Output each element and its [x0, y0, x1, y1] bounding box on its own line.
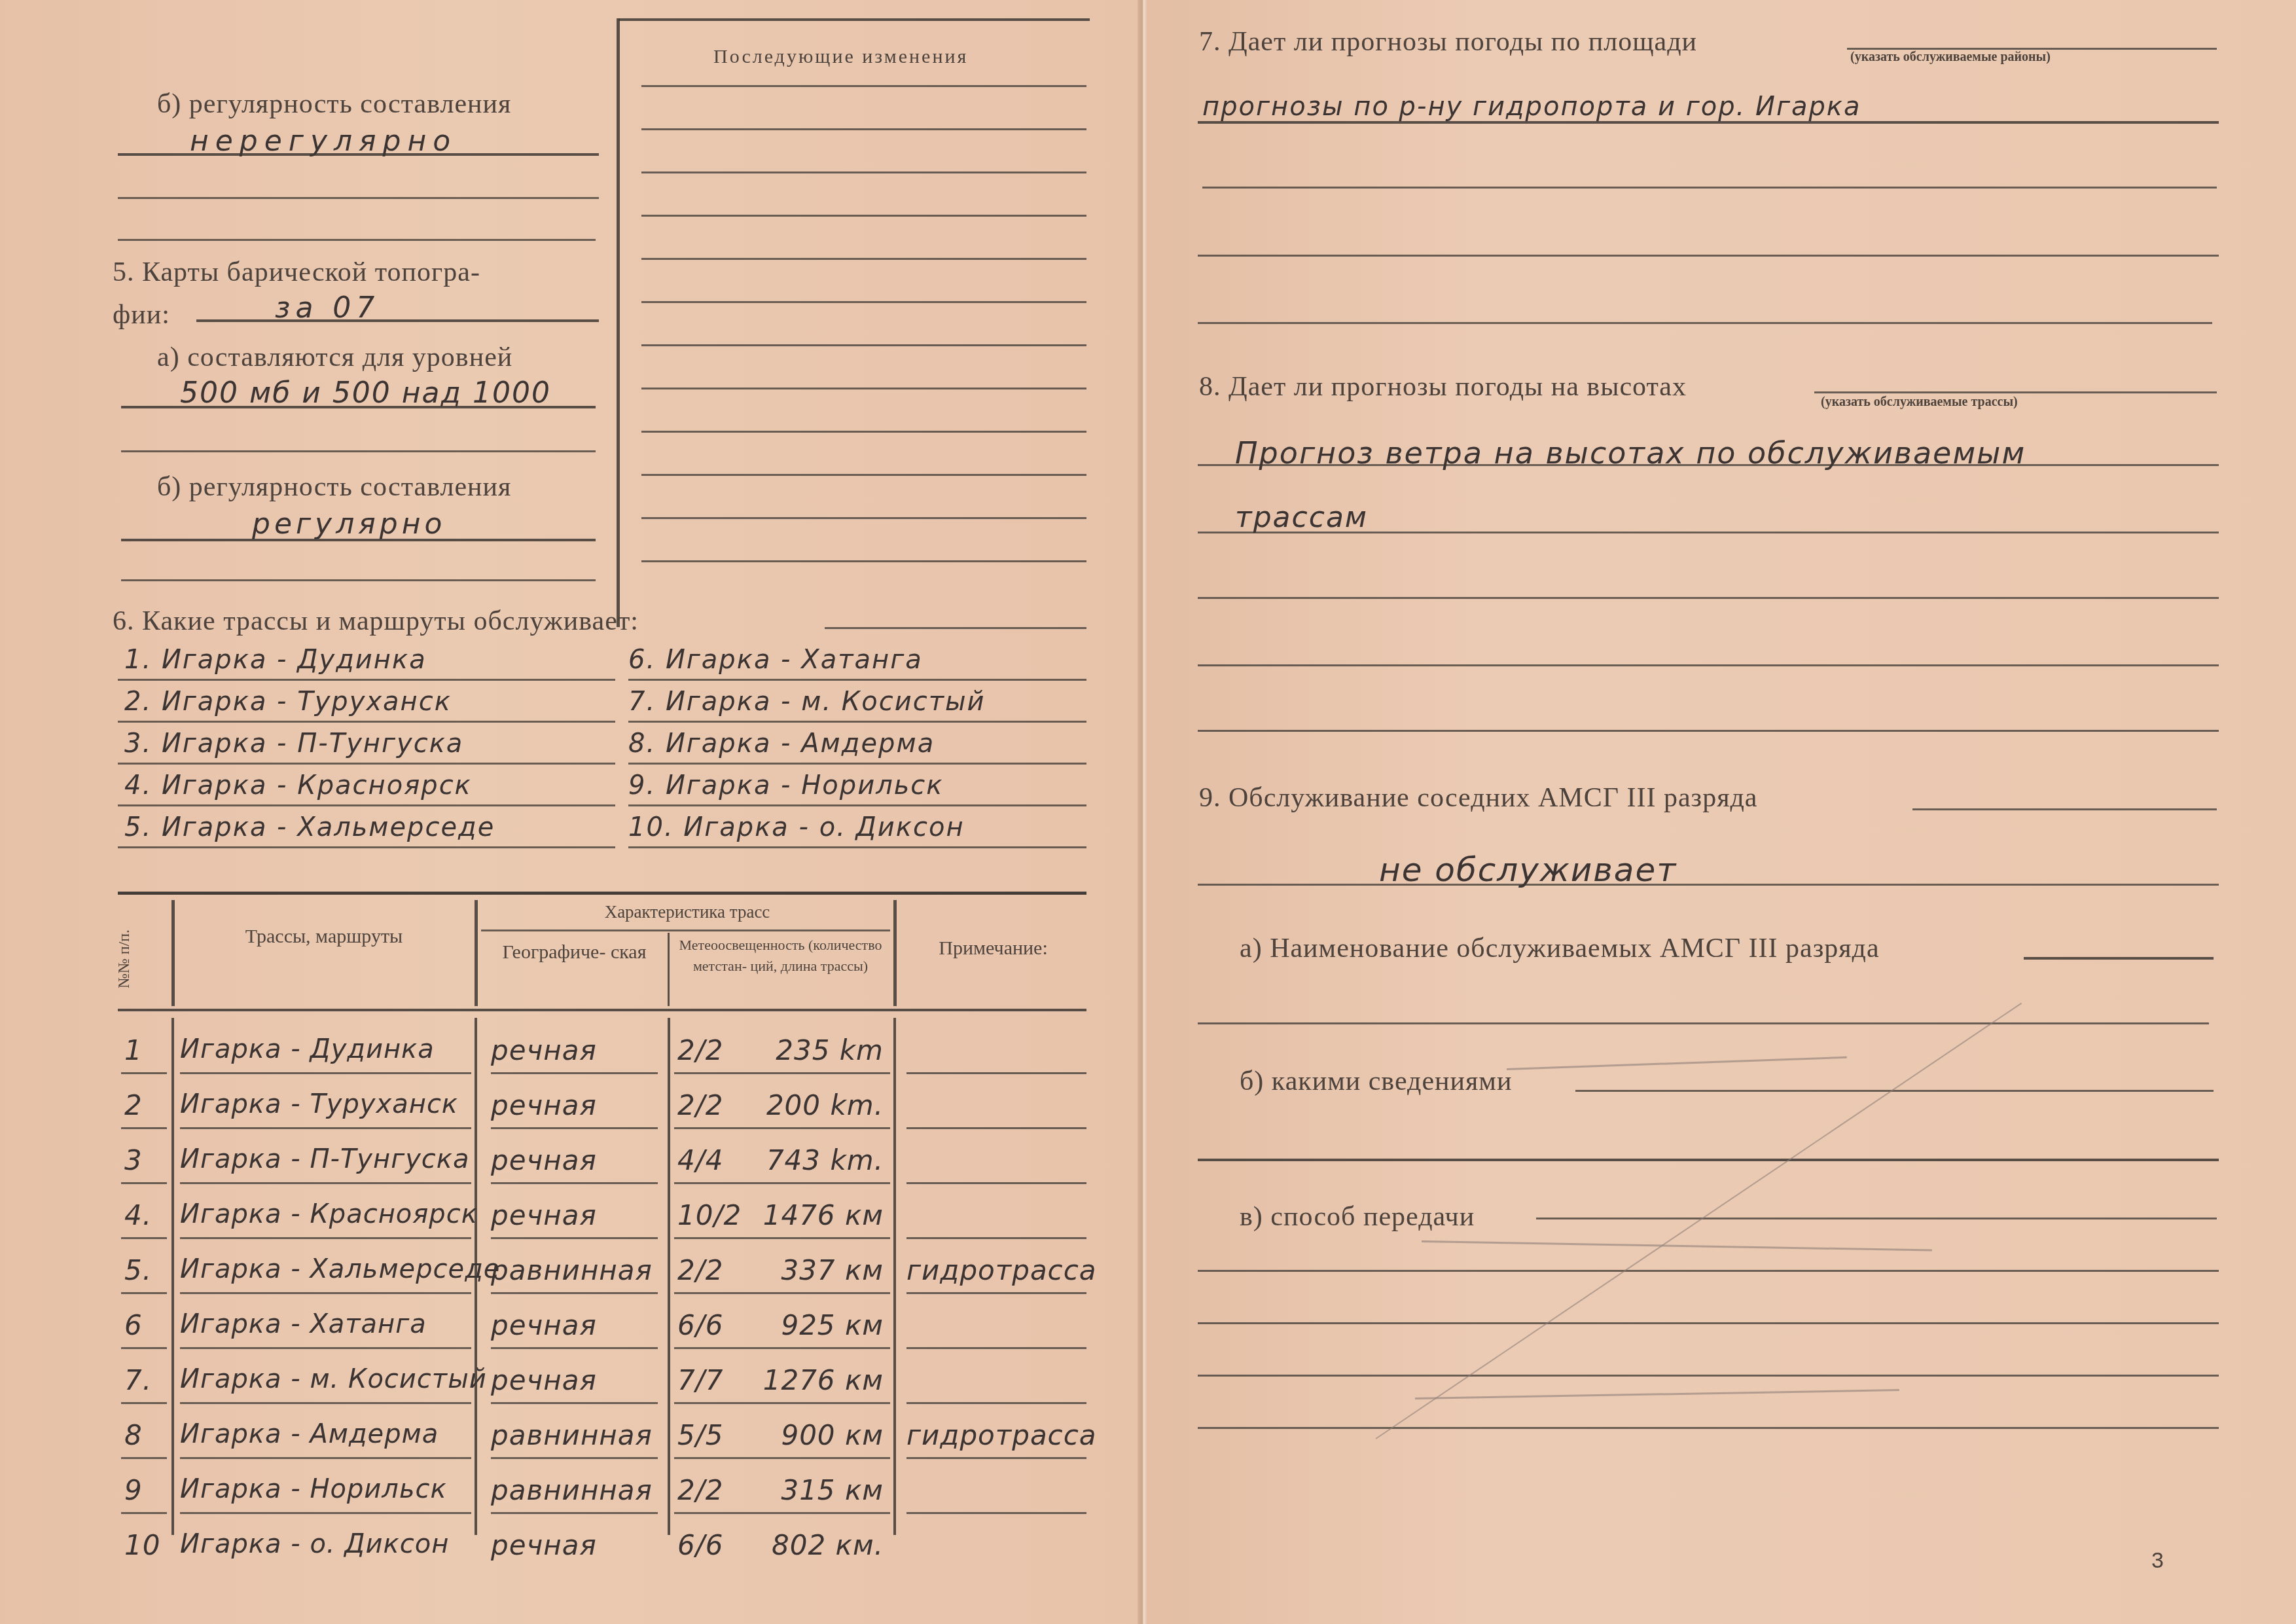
cell-geo[interactable]: речная	[491, 1144, 597, 1176]
section5-title-cont: фии:	[113, 299, 170, 331]
cell-stations[interactable]: 4/4	[677, 1144, 724, 1176]
route-list-item[interactable]: 8. Игарка - Амдерма	[628, 729, 935, 759]
route-list-item[interactable]: 2. Игарка - Туруханск	[124, 687, 452, 717]
changes-box-title: Последующие изменения	[713, 46, 968, 68]
header-meteo: Метеоосвещенность (количество метстан- ц…	[671, 935, 890, 977]
cell-num[interactable]: 9	[124, 1474, 143, 1506]
pencil-strike-mid	[1422, 1240, 1932, 1252]
cell-num[interactable]: 7.	[124, 1364, 152, 1396]
route-list-item[interactable]: 6. Игарка - Хатанга	[628, 645, 923, 675]
cell-geo[interactable]: равнинная	[491, 1474, 653, 1506]
cell-num[interactable]: 1	[124, 1034, 143, 1066]
section9b-label: б) какими сведениями	[1240, 1066, 1512, 1097]
cell-geo[interactable]: речная	[491, 1034, 597, 1066]
cell-route[interactable]: Игарка - П-Тунгуска	[180, 1144, 470, 1174]
cell-stations[interactable]: 10/2	[677, 1199, 742, 1231]
pencil-strike-top	[1507, 1056, 1847, 1070]
cell-length[interactable]: 315 км	[753, 1474, 884, 1506]
cell-route[interactable]: Игарка - Туруханск	[180, 1089, 458, 1119]
section5b-label: б) регулярность составления	[157, 471, 511, 503]
section7-label: 7. Дает ли прогнозы погоды по площади	[1199, 26, 1697, 58]
cell-num[interactable]: 5.	[124, 1254, 152, 1286]
cell-length[interactable]: 802 км.	[753, 1529, 884, 1561]
cell-route[interactable]: Игарка - Дудинка	[180, 1034, 435, 1064]
changes-line[interactable]	[641, 301, 1086, 303]
section9a-label: а) Наименование обслуживаемых АМСГ III р…	[1240, 933, 1880, 964]
page-number: 3	[2151, 1548, 2164, 1574]
section5-title: 5. Карты барической топогра-	[113, 257, 480, 288]
cell-num[interactable]: 3	[124, 1144, 143, 1176]
header-note: Примечание:	[900, 937, 1086, 960]
cell-length[interactable]: 1476 км	[753, 1199, 884, 1231]
changes-line[interactable]	[641, 344, 1086, 346]
section5a-label: а) составляются для уровней	[157, 342, 512, 373]
cell-geo[interactable]: речная	[491, 1364, 597, 1396]
section5b-value[interactable]: регулярно	[252, 507, 446, 541]
cell-stations[interactable]: 5/5	[677, 1419, 724, 1451]
section9c-label: в) способ передачи	[1240, 1201, 1475, 1233]
cell-num[interactable]: 2	[124, 1089, 143, 1121]
changes-line[interactable]	[641, 431, 1086, 433]
changes-line[interactable]	[641, 388, 1086, 389]
cell-length[interactable]: 925 км	[753, 1309, 884, 1341]
cell-route[interactable]: Игарка - Красноярск	[180, 1199, 478, 1229]
changes-line[interactable]	[641, 215, 1086, 217]
section8-hint: (указать обслуживаемые трассы)	[1821, 395, 2018, 410]
changes-line[interactable]	[641, 258, 1086, 260]
section8-label: 8. Дает ли прогнозы погоды на высотах	[1199, 371, 1687, 403]
changes-line[interactable]	[641, 517, 1086, 519]
section8-value-cont[interactable]: трассам	[1235, 501, 1368, 534]
route-list-item[interactable]: 5. Игарка - Хальмерседе	[124, 812, 495, 842]
changes-line[interactable]	[641, 560, 1086, 562]
changes-line[interactable]	[641, 171, 1086, 173]
cell-route[interactable]: Игарка - Хатанга	[180, 1309, 427, 1339]
cell-length[interactable]: 337 км	[753, 1254, 884, 1286]
changes-line[interactable]	[641, 474, 1086, 476]
cell-stations[interactable]: 6/6	[677, 1309, 724, 1341]
cell-note[interactable]: гидротрасса	[906, 1419, 1097, 1451]
header-geographic: Географиче- ская	[481, 939, 668, 965]
cell-length[interactable]: 200 km.	[753, 1089, 884, 1121]
cell-geo[interactable]: речная	[491, 1309, 597, 1341]
header-num: №№ п/п.	[115, 910, 134, 1008]
section7-value[interactable]: прогнозы по р-ну гидропорта и гор. Игарк…	[1202, 92, 1861, 122]
cell-route[interactable]: Игарка - м. Косистый	[180, 1364, 487, 1394]
changes-line[interactable]	[641, 85, 1086, 87]
cell-geo[interactable]: равнинная	[491, 1254, 653, 1286]
route-list-item[interactable]: 7. Игарка - м. Косистый	[628, 687, 986, 717]
route-list-item[interactable]: 9. Игарка - Норильск	[628, 770, 943, 801]
route-list-item[interactable]: 10. Игарка - о. Диксон	[628, 812, 965, 842]
route-list-item[interactable]: 1. Игарка - Дудинка	[124, 645, 427, 675]
pencil-strike-bottom	[1415, 1389, 1899, 1399]
cell-num[interactable]: 8	[124, 1419, 143, 1451]
cell-num[interactable]: 10	[124, 1529, 160, 1561]
cell-stations[interactable]: 2/2	[677, 1254, 724, 1286]
cell-stations[interactable]: 7/7	[677, 1364, 724, 1396]
header-characteristics: Характеристика трасс	[484, 902, 890, 922]
left-page: б) регулярность составления нерегулярно …	[0, 0, 1139, 1624]
cell-num[interactable]: 4.	[124, 1199, 152, 1231]
cell-length[interactable]: 235 km	[753, 1034, 884, 1066]
section6-title: 6. Какие трассы и маршруты обслуживает:	[113, 605, 639, 637]
cell-stations[interactable]: 2/2	[677, 1034, 724, 1066]
cell-stations[interactable]: 6/6	[677, 1529, 724, 1561]
cell-length[interactable]: 743 km.	[753, 1144, 884, 1176]
cell-route[interactable]: Игарка - Амдерма	[180, 1419, 439, 1449]
cell-note[interactable]: гидротрасса	[906, 1254, 1097, 1286]
section7-hint: (указать обслуживаемые районы)	[1850, 50, 2051, 65]
cell-length[interactable]: 900 км	[753, 1419, 884, 1451]
cell-geo[interactable]: речная	[491, 1089, 597, 1121]
section5a-value[interactable]: 500 мб и 500 над 1000	[180, 376, 551, 410]
header-routes: Трассы, маршруты	[216, 920, 432, 954]
cell-stations[interactable]: 2/2	[677, 1089, 724, 1121]
cell-geo[interactable]: речная	[491, 1199, 597, 1231]
cell-geo[interactable]: речная	[491, 1529, 597, 1561]
cell-geo[interactable]: равнинная	[491, 1419, 653, 1451]
cell-length[interactable]: 1276 км	[753, 1364, 884, 1396]
cell-stations[interactable]: 2/2	[677, 1474, 724, 1506]
changes-line[interactable]	[641, 128, 1086, 130]
cell-route[interactable]: Игарка - о. Диксон	[180, 1529, 449, 1559]
route-list-item[interactable]: 4. Игарка - Красноярск	[124, 770, 472, 801]
section4b-label: б) регулярность составления	[157, 88, 511, 120]
section9-label: 9. Обслуживание соседних АМСГ III разряд…	[1199, 782, 1758, 814]
right-page: 7. Дает ли прогнозы погоды по площади (у…	[1147, 0, 2296, 1624]
route-list-item[interactable]: 3. Игарка - П-Тунгуска	[124, 729, 463, 759]
cell-route[interactable]: Игарка - Норильск	[180, 1474, 447, 1504]
cell-route[interactable]: Игарка - Хальмерседе	[180, 1254, 500, 1284]
cell-num[interactable]: 6	[124, 1309, 143, 1341]
